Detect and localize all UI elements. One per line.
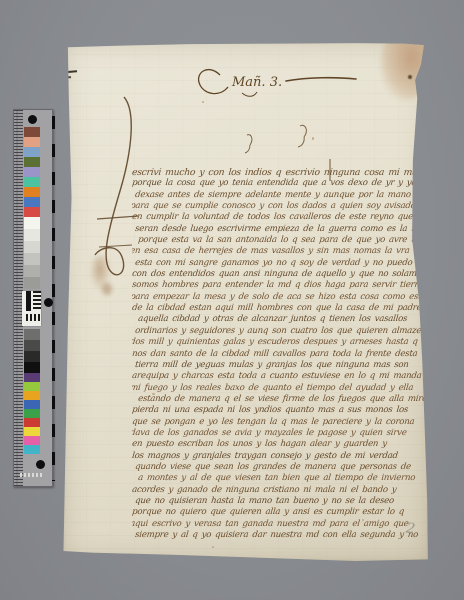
color-patch [24,427,40,436]
manuscript-line: dos mill y quinientas galas y escuderos … [132,337,426,348]
resolution-grid [33,291,41,311]
manuscript-line: mi fuego y los reales baxo de quanto el … [132,383,426,394]
color-patch [24,147,40,157]
grayscale-patch [24,351,40,362]
left-margin-stain-small [102,283,112,295]
manuscript-line: para empezar la mesa y de solo de aca se… [132,292,426,303]
manuscript-line: quando viese que sean los grandes de man… [134,462,426,473]
color-patch [24,409,40,418]
color-patch [24,187,40,197]
manuscript-line: dava de los ganados se avia y mayzales l… [132,428,426,439]
color-patch [24,391,40,400]
left-edge-tear-mark [59,70,77,74]
color-patch [24,400,40,409]
manuscript-line: en esa casa de herrejes de mas vasallos … [132,246,426,257]
color-patch [24,207,40,217]
manuscript-line: tierra mill de yeguas mulas y granjas lo… [134,360,426,371]
photo-scene: Mañ. 3. escrivi mucho y con los indios q… [0,0,464,600]
grayscale-patch [24,329,40,340]
calibration-strip [13,109,53,487]
foxing-spot [212,546,214,548]
color-patch [24,418,40,427]
color-patch [24,436,40,445]
grayscale-patch [24,217,40,229]
grayscale-patch [24,340,40,351]
manuscript-line: los magnos y granjales traygan consejo y… [132,451,426,462]
grayscale-patch [24,229,40,241]
corner-stain [380,35,432,101]
resolution-target [24,289,40,329]
manuscript-line: aquella cibdad y otras de alcanzar junto… [137,314,426,325]
color-patch [24,445,40,454]
manuscript-line: que se pongan e yo les tengan la q mas l… [132,417,426,428]
manuscript-paper: Mañ. 3. escrivi mucho y con los indios q… [62,41,429,562]
manuscript-line: para que se cumplie conosco y con los da… [132,201,426,212]
grayscale-patch [24,265,40,277]
foxing-spot [312,137,314,140]
manuscript-line: ordinarios y seguidores y aunq son cuatr… [134,326,426,337]
color-patch [24,127,40,137]
manuscript-line: a montes y al de que viesen tan bien que… [137,473,426,484]
grayscale-patch [24,362,40,373]
manuscript-line: que no quisieran hasta la mano tan bueno… [134,496,426,507]
heading-flourish: Mañ. 3. [190,59,360,105]
manuscript-line: nos dan santo de la cibdad mill cavallos… [132,349,426,360]
manuscript-line: seran desde luego escrivirme empieza de … [134,224,426,235]
color-patch [24,137,40,147]
color-patch [24,382,40,391]
color-patch [24,373,40,382]
manuscript-line: de la cibdad estan aqui mill hombres con… [132,303,426,314]
color-patch [24,197,40,207]
manuscript-line: somos hombres para entender la md q dios… [132,280,426,291]
manuscript-text-block: escrivi mucho y con los indios q escrivi… [132,167,426,541]
grayscale-patch [24,253,40,265]
heading-text: Mañ. 3. [231,75,282,90]
registration-dot-bottom [36,460,45,469]
manuscript-line: acordes y ganado de ninguna cristiano ni… [132,485,426,496]
resolution-hatch [26,314,41,321]
manuscript-line: en puesto escriban los unos y los hagan … [132,439,426,450]
color-patch [24,167,40,177]
color-patch [24,157,40,167]
grayscale-patch [24,241,40,253]
strip-edge-dashes [52,116,55,481]
manuscript-line: dexase antes de siempre adelante mente y… [134,190,426,201]
resolution-bar [26,291,31,311]
left-margin-stain [90,256,110,290]
manuscript-line: porque no quiero que quieren alla y ansi… [132,507,426,518]
manuscript-line: pierda ni una espada ni los yndios quant… [132,405,426,416]
manuscript-line: siempre y al q yo quisiera dar nuestra m… [134,530,426,541]
manuscript-line: arequipa y charcas esta toda a cuanto es… [132,371,426,382]
manuscript-line: porque esta va la san antonaida lo q sea… [137,235,426,246]
strip-label-text [20,473,42,477]
left-edge-tear-mark [60,76,71,78]
heading: Mañ. 3. [190,59,360,105]
manuscript-line: en cumplir la voluntad de todos los cava… [132,212,426,223]
registration-dot-top [28,115,37,124]
manuscript-line: con dos entendidos quan ansi ninguna de … [132,269,426,280]
manuscript-line: porque la cosa que yo tenia entendida qu… [132,178,426,189]
grayscale-patch [24,277,40,289]
strip-patch-column [24,114,40,477]
manuscript-line: aqui escrivo y verasa tan ganada nuestra… [132,519,426,530]
registration-dot-mid [44,298,53,307]
color-patch [24,177,40,187]
corner-stain-dot [408,75,412,79]
manuscript-line: escrivi mucho y con los indios q escrivi… [132,167,426,178]
manuscript-line: estando de manera q el se viese firme de… [137,394,426,405]
manuscript-line: esta con mi sangre ganamos yo no q soy d… [134,258,426,269]
